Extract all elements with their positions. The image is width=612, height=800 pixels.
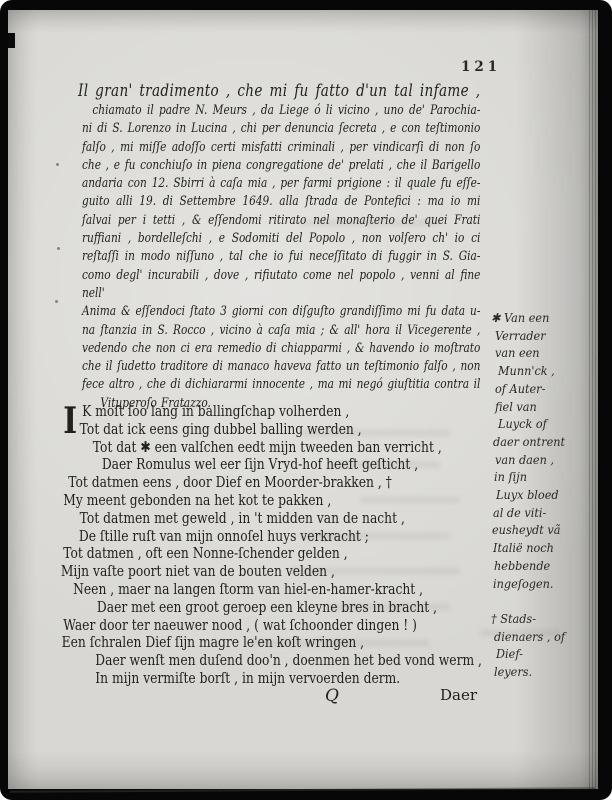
margin-note-line: daer ontrent: [493, 434, 587, 452]
heading-line: che , e fu conchiuſo in piena congregati…: [82, 157, 480, 175]
ink-speck: [56, 163, 59, 166]
page-number: 121: [461, 59, 501, 75]
heading-line: ni di S. Lorenzo in Lucina , chi per den…: [82, 120, 480, 138]
poem-line: Tot datmen met geweld , in 't midden van…: [80, 510, 490, 528]
margin-note-line: fiel van: [495, 399, 587, 417]
heading-line: Anima & eſſendoci ſtato 3 giorni con diſ…: [82, 303, 480, 321]
ink-speck: [57, 247, 60, 250]
heading-line: reſtaſſi in modo niſſuno , tal che io fu…: [82, 248, 480, 266]
spine-shadow: [589, 10, 598, 789]
heading-line: como degl' incurabili , dove , rifiutato…: [82, 267, 480, 304]
margin-note-asterisk: ✱ Van eenVerradervan eenMunn'ck ,of Aute…: [489, 310, 593, 593]
heading-line: na ſtanzia in S. Rocco , vicino à caſa m…: [82, 322, 480, 340]
border-notch: [8, 33, 15, 48]
show-through-smudge: [330, 462, 440, 468]
show-through-smudge: [290, 568, 460, 574]
heading-line: falſo , mi miſſe adoſſo certi misfatti c…: [82, 139, 480, 157]
margin-note-line: van daen ,: [495, 452, 587, 470]
margin-note-line: ✱ Van een: [491, 310, 587, 328]
show-through-smudge: [300, 220, 440, 226]
poem-line: Waer door ter naeuwer nood , ( wat ſchoo…: [63, 617, 489, 635]
page-bottom-edge: [10, 787, 595, 793]
margin-note-line: hebbende: [494, 558, 587, 576]
heading-line: guito alli 19. di Settembre 1649. alla ſ…: [82, 193, 480, 211]
show-through-smudge: [330, 604, 450, 610]
drop-cap-initial: I: [63, 403, 77, 439]
margin-note-line: van een: [495, 345, 587, 363]
margin-note-line: al de viti-: [493, 505, 587, 523]
poem-line: Tot dat ✱ een valſchen eedt mijn tweeden…: [93, 439, 490, 457]
poem-line: Daer wenſt men duſend doo'n , doenmen he…: [95, 652, 489, 670]
heading-line: ruffiani , bordelleſchi , e Sodomiti del…: [82, 230, 480, 248]
margin-note-line: eusheydt vã: [492, 522, 587, 540]
show-through-smudge: [250, 640, 430, 646]
ink-speck: [55, 300, 58, 303]
margin-note-line: ingeſogen.: [493, 576, 587, 594]
heading-line: che il ſudetto traditore di manaco havev…: [82, 358, 480, 376]
heading-line: andaria con 12. Sbirri à caſa mia , per …: [82, 175, 480, 193]
poem-line: Tot datmen , oft een Nonne-ſchender geld…: [63, 545, 489, 563]
margin-note-line: of Auter-: [495, 381, 587, 399]
poem-line: Neen , maer na langen ſtorm van hiel-en-…: [73, 581, 490, 599]
margin-note-line: leyers.: [494, 664, 587, 682]
signature-mark: Q: [325, 686, 339, 706]
margin-note-line: in ſijn: [494, 469, 587, 487]
heading-line: vedendo che non ci era remedio di chiapp…: [82, 340, 480, 358]
show-through-smudge: [300, 533, 450, 539]
margin-note-line: † Stads-: [491, 611, 587, 629]
margin-note-line: Luyck of: [498, 416, 587, 434]
margin-note-line: Luyx bloed: [496, 487, 587, 505]
margin-note-line: Dief-: [496, 646, 587, 664]
margin-note-line: Italië noch: [493, 540, 587, 558]
paper-page: 121 Il gran' tradimento , che mi fu fatt…: [8, 10, 598, 789]
show-through-smudge: [300, 430, 450, 436]
book-page-scan: 121 Il gran' tradimento , che mi fu fatt…: [0, 0, 612, 800]
footer-line: Q Daer: [60, 686, 500, 708]
poem-line: Tot datmen eens , door Dief en Moorder-b…: [68, 474, 489, 492]
italian-heading-paragraph: Il gran' tradimento , che mi fu fatto d'…: [78, 81, 480, 413]
margin-note-line: Munn'ck ,: [498, 363, 587, 381]
margin-note-dagger: † Stads-dienaers , ofDief-leyers.: [489, 611, 593, 682]
poem-line: K moſt ſoo lang in ballingſchap volherde…: [82, 403, 490, 421]
show-through-smudge: [360, 497, 460, 503]
heading-line: chiamato il padre N. Meurs , da Liege ó …: [92, 102, 480, 120]
heading-line: Il gran' tradimento , che mi fu fatto d'…: [78, 81, 480, 102]
show-through-smudge: [480, 630, 560, 636]
catchword: Daer: [440, 686, 477, 704]
heading-line: fece altro , che di dichiararmi innocent…: [82, 376, 480, 394]
margin-note-line: Verrader: [495, 328, 587, 346]
